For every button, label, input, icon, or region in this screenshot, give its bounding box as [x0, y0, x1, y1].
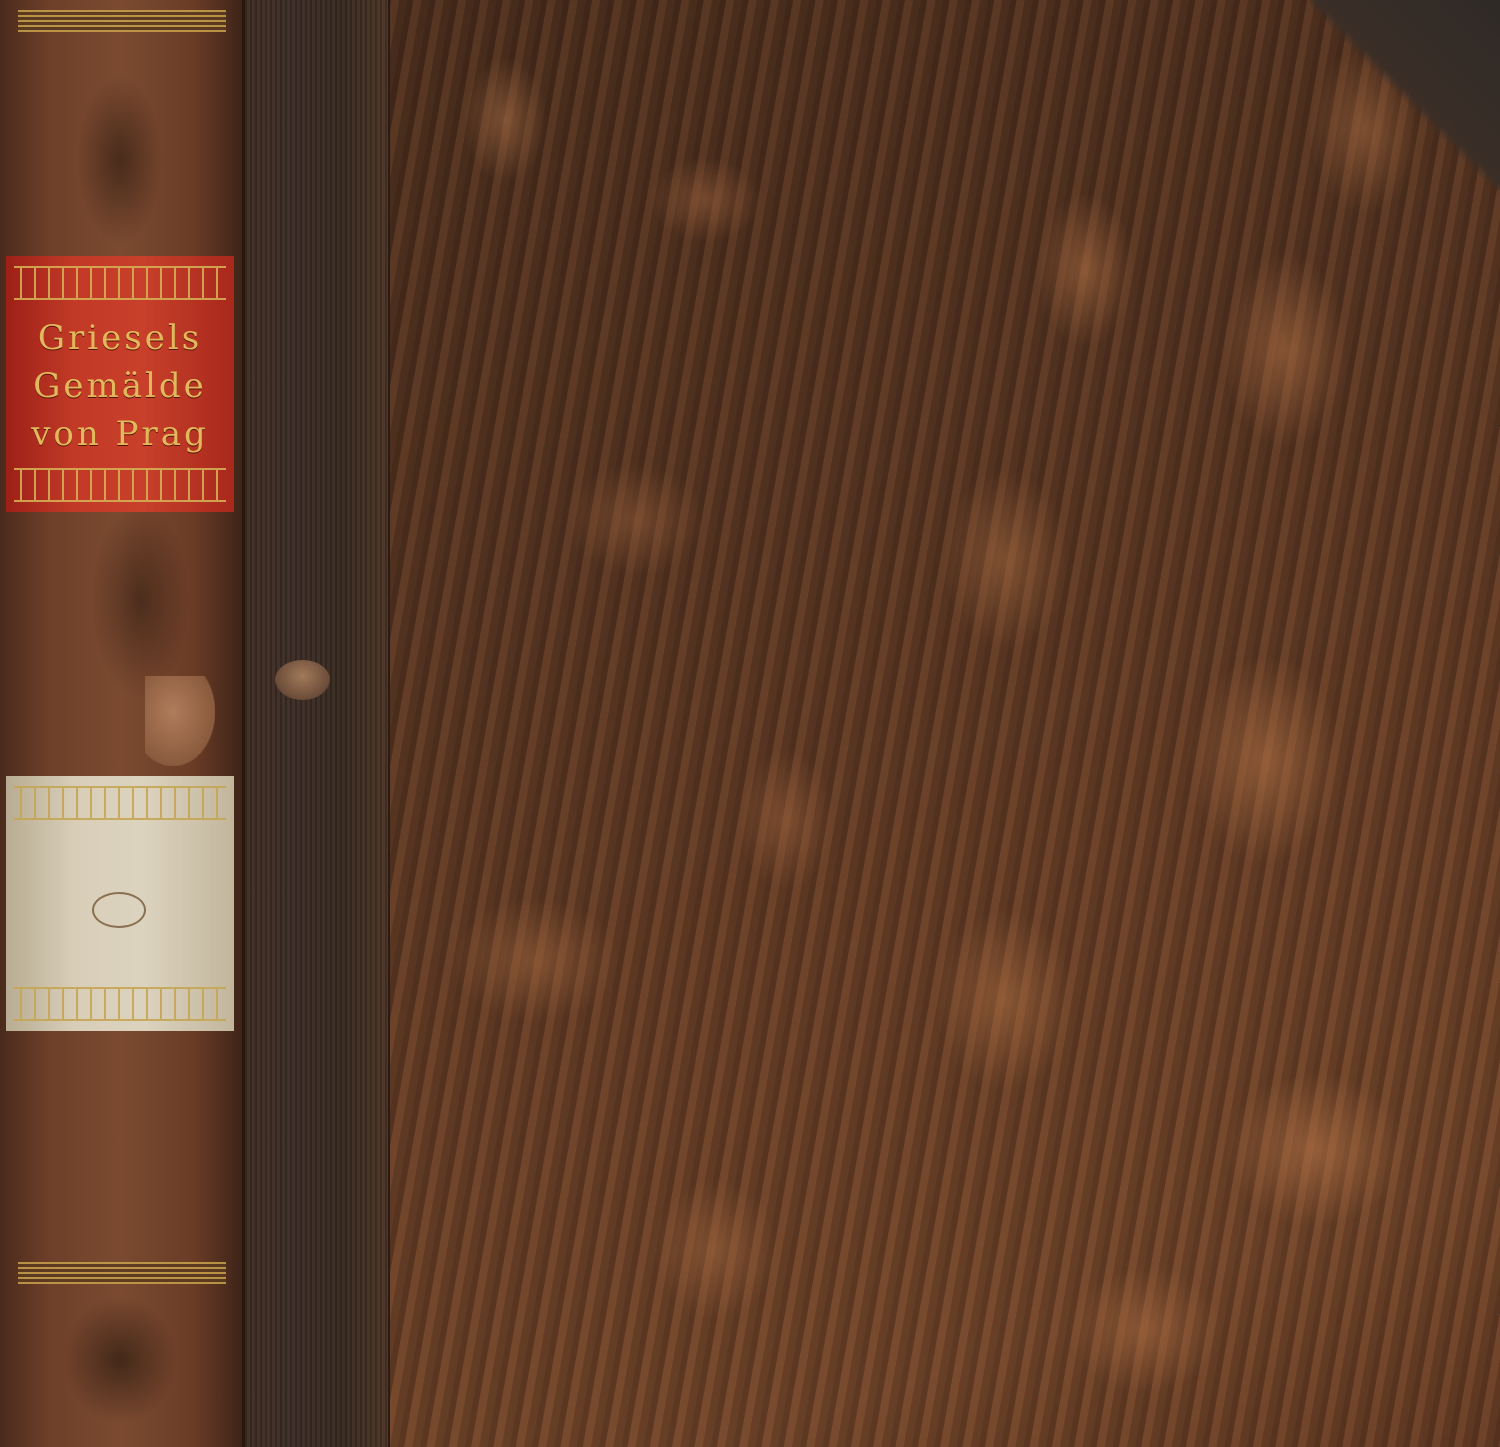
oval-stamp-icon [92, 892, 146, 928]
gilt-band-top [18, 10, 226, 32]
marbled-front-board [385, 0, 1500, 1447]
greek-key-border-icon [14, 266, 226, 300]
greek-key-border-icon [14, 786, 226, 820]
leather-spine: Griesels Gemälde von Prag [0, 0, 245, 1447]
title-label: Griesels Gemälde von Prag [6, 256, 234, 512]
gilt-band-bottom [18, 1262, 226, 1284]
volume-label [6, 776, 234, 1031]
book-cover: Griesels Gemälde von Prag [0, 0, 1500, 1447]
greek-key-border-icon [14, 468, 226, 502]
title-line-1: Griesels [6, 314, 234, 362]
leather-tear [145, 676, 215, 766]
greek-key-border-icon [14, 987, 226, 1021]
title-line-2: Gemälde [6, 362, 234, 410]
title-line-3: von Prag [6, 410, 234, 458]
cloth-hinge-strip [240, 0, 390, 1447]
wear-mark [275, 660, 330, 700]
spine-title: Griesels Gemälde von Prag [6, 314, 234, 458]
leather-corner [1310, 0, 1500, 190]
